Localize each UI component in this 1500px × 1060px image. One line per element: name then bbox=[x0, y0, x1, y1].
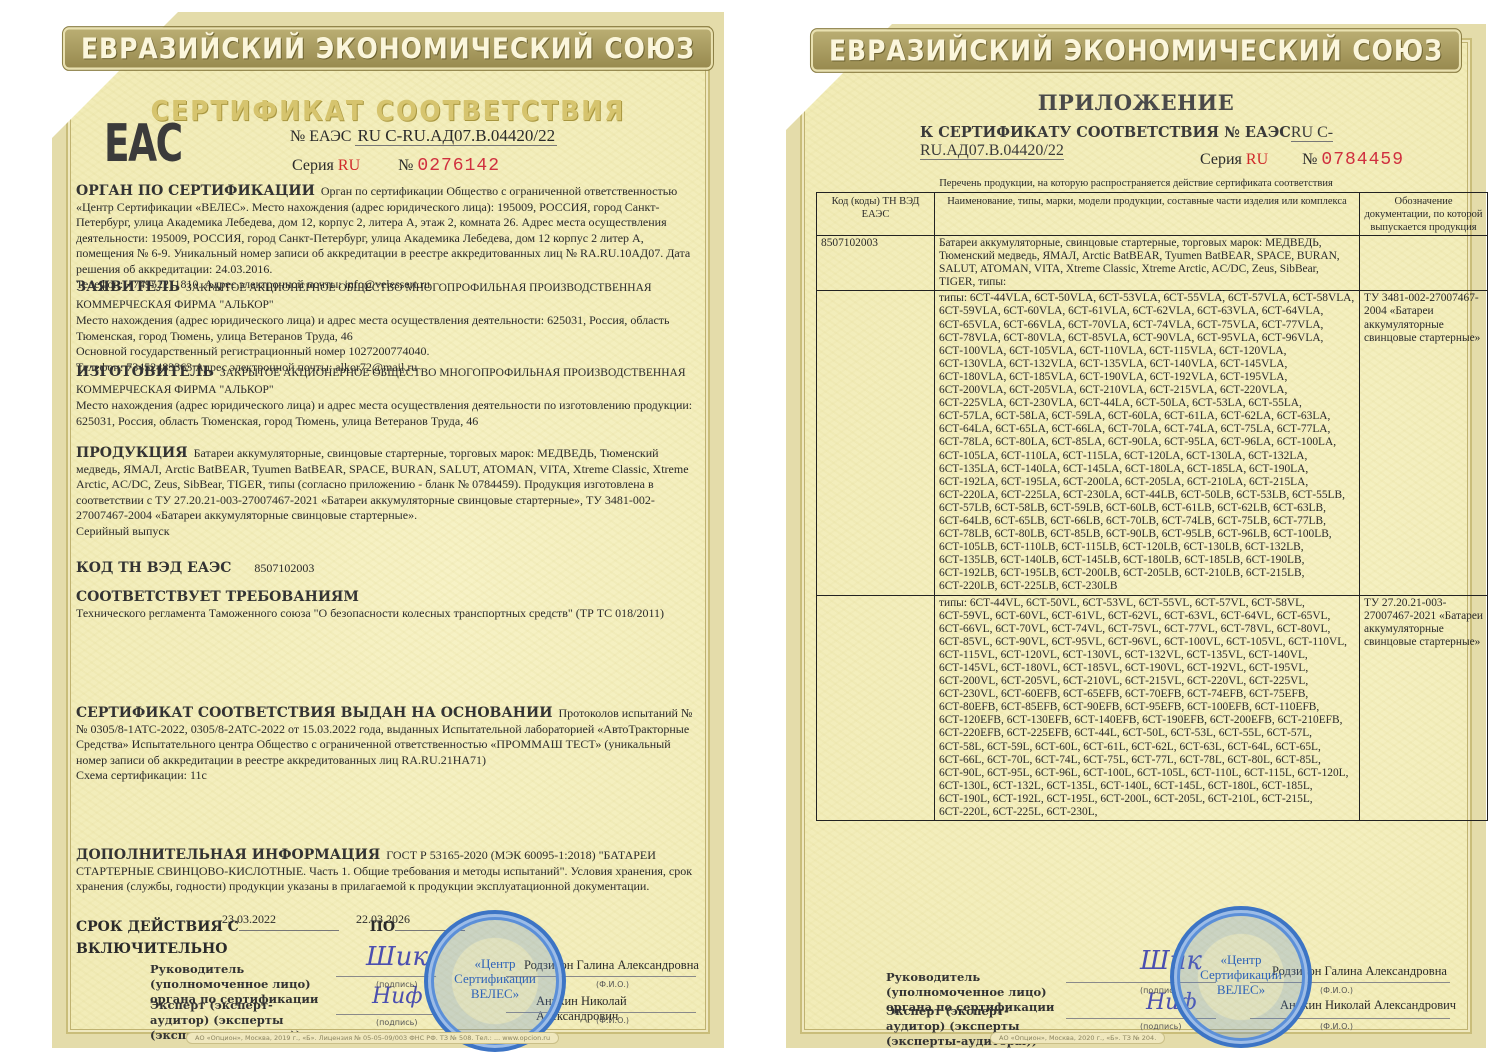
valid-from-date: 23.03.2022 bbox=[222, 908, 276, 930]
header-product-name: Наименование, типы, марки, модели продук… bbox=[935, 193, 1360, 236]
certification-stamp: «Центр Сертификации ВЕЛЕС» bbox=[424, 910, 566, 1052]
head-signature: Шик bbox=[366, 942, 428, 972]
certification-stamp: «Центр Сертификации ВЕЛЕС» bbox=[1170, 906, 1312, 1048]
series-value: RU bbox=[338, 157, 360, 174]
applicant-section: ЗАЯВИТЕЛЬЗАКРЫТОЕ АКЦИОНЕРНОЕ ОБЩЕСТВО М… bbox=[76, 280, 694, 375]
cell-product-name: типы: 6СТ-44VLA, 6СТ-50VLA, 6СТ-53VLA, 6… bbox=[935, 291, 1360, 595]
header-documentation: Обозначение документации, по которой вып… bbox=[1360, 193, 1488, 236]
cell-product-name: Батареи аккумуляторные, свинцовые старте… bbox=[935, 236, 1360, 291]
cell-product-name: типы: 6СТ-44VL, 6СТ-50VL, 6СТ-53VL, 6СТ-… bbox=[935, 595, 1360, 821]
issued-basis-section: СЕРТИФИКАТ СООТВЕТСТВИЯ ВЫДАН НА ОСНОВАН… bbox=[76, 706, 694, 784]
union-banner: ЕВРАЗИЙСКИЙ ЭКОНОМИЧЕСКИЙ СОЮЗ bbox=[63, 27, 713, 70]
additional-info-section: ДОПОЛНИТЕЛЬНАЯ ИНФОРМАЦИЯГОСТ Р 53165-20… bbox=[76, 848, 694, 895]
valid-to-date: 22.03.2026 bbox=[356, 908, 410, 930]
certificate-sheet: ЕВРАЗИЙСКИЙ ЭКОНОМИЧЕСКИЙ СОЮЗ ЕАС СЕРТИ… bbox=[52, 12, 724, 1048]
cell-documentation: ТУ 3481-002-27007467-2004 «Батареи аккум… bbox=[1360, 291, 1488, 595]
series-value: RU bbox=[1246, 151, 1268, 168]
appendix-title: ПРИЛОЖЕНИЕ bbox=[800, 90, 1472, 115]
header-hs-code: Код (коды) ТН ВЭД ЕАЭС bbox=[817, 193, 935, 236]
cell-documentation bbox=[1360, 236, 1488, 291]
conforms-section: СООТВЕТСТВУЕТ ТРЕБОВАНИЯМ Технического р… bbox=[76, 590, 694, 621]
blank-number: 0784459 bbox=[1321, 150, 1404, 170]
table-row: 8507102003 Батареи аккумуляторные, свинц… bbox=[817, 236, 1488, 291]
cell-hs-code bbox=[817, 595, 935, 821]
cell-hs-code: 8507102003 bbox=[817, 236, 935, 291]
hs-code-section: КОД ТН ВЭД ЕАЭС 8507102003 bbox=[76, 561, 694, 577]
union-banner: ЕВРАЗИЙСКИЙ ЭКОНОМИЧЕСКИЙ СОЮЗ bbox=[811, 29, 1461, 72]
hs-code-value: 8507102003 bbox=[254, 561, 314, 575]
registration-number: № ЕАЭС RU С-RU.АД07.В.04420/22 bbox=[290, 126, 557, 146]
certification-body-section: ОРГАН ПО СЕРТИФИКАЦИИОрган по сертификац… bbox=[76, 184, 694, 293]
product-table: Код (коды) ТН ВЭД ЕАЭС Наименование, тип… bbox=[816, 192, 1488, 821]
table-header-row: Код (коды) ТН ВЭД ЕАЭС Наименование, тип… bbox=[817, 193, 1488, 236]
cell-documentation: ТУ 27.20.21-003-27007467-2021 «Батареи а… bbox=[1360, 595, 1488, 821]
cell-hs-code bbox=[817, 291, 935, 595]
printer-note: АО «Опцион», Москва, 2020 г., «Б». ТЗ № … bbox=[990, 1032, 1165, 1044]
printer-note: АО «Опцион», Москва, 2019 г., «Б». Лицен… bbox=[186, 1032, 559, 1044]
appendix-sheet: ЕВРАЗИЙСКИЙ ЭКОНОМИЧЕСКИЙ СОЮЗ ПРИЛОЖЕНИ… bbox=[786, 24, 1486, 1048]
series-line: Серия RU № 0784459 bbox=[1200, 150, 1404, 170]
series-line: Серия RU № 0276142 bbox=[292, 156, 500, 176]
table-row: типы: 6СТ-44VLA, 6СТ-50VLA, 6СТ-53VLA, 6… bbox=[817, 291, 1488, 595]
blank-number: 0276142 bbox=[417, 156, 500, 176]
manufacturer-section: ИЗГОТОВИТЕЛЬЗАКРЫТОЕ АКЦИОНЕРНОЕ ОБЩЕСТВ… bbox=[76, 365, 694, 429]
certificate-title: СЕРТИФИКАТ СООТВЕТСТВИЯ bbox=[66, 95, 710, 127]
appendix-note: Перечень продукции, на которую распростр… bbox=[800, 178, 1472, 189]
table-row: типы: 6СТ-44VL, 6СТ-50VL, 6СТ-53VL, 6СТ-… bbox=[817, 595, 1488, 821]
product-section: ПРОДУКЦИЯБатареи аккумуляторные, свинцов… bbox=[76, 446, 694, 539]
reg-number-value: RU С-RU.АД07.В.04420/22 bbox=[355, 126, 557, 146]
